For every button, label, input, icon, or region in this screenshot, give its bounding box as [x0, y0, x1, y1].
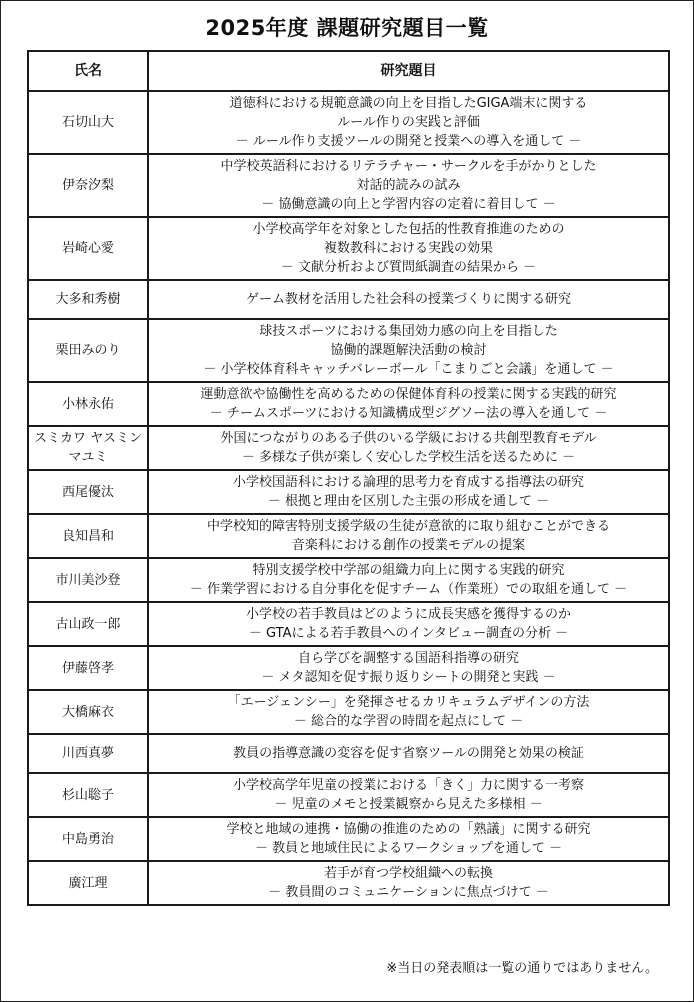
topic-subtitle: － 多様な子供が楽しく安心した学校生活を送るために － — [153, 448, 664, 467]
name-text: 栗田みのり — [55, 343, 120, 358]
name-cell: 西尾優汰 — [28, 470, 148, 514]
topic-line: 道徳科における規範意識の向上を目指したGIGA端末に関する — [153, 94, 664, 113]
topic-cell: 若手が育つ学校組織への転換 － 教員間のコミュニケーションに焦点づけて － — [148, 861, 669, 905]
table-row: 中島勇治 学校と地域の連携・協働の推進のための「熟議」に関する研究 － 教員と地… — [28, 817, 669, 861]
table-row: 伊藤啓孝 自ら学びを調整する国語科指導の研究 － メタ認知を促す振り返りシートの… — [28, 646, 669, 690]
topic-subtitle: － 協働意識の向上と学習内容の定着に着目して － — [153, 195, 664, 214]
table-row: スミカワ ヤスミンマユミ 外国につながりのある子供のいる学級における共創型教育モ… — [28, 426, 669, 470]
topic-line: 外国につながりのある子供のいる学級における共創型教育モデル — [153, 429, 664, 448]
topic-cell: ゲーム教材を活用した社会科の授業づくりに関する研究 — [148, 280, 669, 319]
table-row: 栗田みのり 球技スポーツにおける集団効力感の向上を目指した 協働的課題解決活動の… — [28, 319, 669, 382]
name-cell: 川西真夢 — [28, 734, 148, 773]
topic-cell: 球技スポーツにおける集団効力感の向上を目指した 協働的課題解決活動の検討 － 小… — [148, 319, 669, 382]
table-row: 市川美沙登 特別支援学校中学部の組織力向上に関する実践的研究 － 作業学習におけ… — [28, 558, 669, 602]
name-cell: 大橋麻衣 — [28, 690, 148, 734]
topic-subtitle: － 教員間のコミュニケーションに焦点づけて － — [153, 883, 664, 902]
name-text: 伊奈汐梨 — [62, 178, 114, 193]
table-row: 杉山聡子 小学校高学年児童の授業における「きく」力に関する一考察 － 児童のメモ… — [28, 773, 669, 817]
name-text: 岩崎心愛 — [62, 241, 114, 256]
table-row: 伊奈汐梨 中学校英語科におけるリテラチャー・サークルを手がかりとした 対話的読み… — [28, 154, 669, 217]
topic-cell: 「エージェンシー」を発揮させるカリキュラムデザインの方法 － 総合的な学習の時間… — [148, 690, 669, 734]
topic-line: 球技スポーツにおける集団効力感の向上を目指した — [153, 322, 664, 341]
name-text: 古山政一郎 — [55, 617, 120, 632]
table-row: 川西真夢 教員の指導意識の変容を促す省察ツールの開発と効果の検証 — [28, 734, 669, 773]
topic-cell: 小学校国語科における論理的思考力を育成する指導法の研究 － 根拠と理由を区別した… — [148, 470, 669, 514]
name-text: スミカワ — [34, 431, 86, 446]
topic-line: 小学校高学年児童の授業における「きく」力に関する一考察 — [153, 776, 664, 795]
topic-line: 小学校の若手教員はどのように成長実感を獲得するのか — [153, 605, 664, 624]
table-body: 石切山大 道徳科における規範意識の向上を目指したGIGA端末に関する ルール作り… — [28, 91, 669, 905]
topic-subtitle: － 教員と地域住民によるワークショップを通して － — [153, 839, 664, 858]
topic-subtitle: － チームスポーツにおける知識構成型ジグソー法の導入を通して － — [153, 404, 664, 423]
footnote: ※当日の発表順は一覧の通りではありません。 — [386, 957, 658, 976]
topic-line: 小学校高学年を対象とした包括的性教育推進のための — [153, 220, 664, 239]
table-row: 大多和秀樹 ゲーム教材を活用した社会科の授業づくりに関する研究 — [28, 280, 669, 319]
topic-cell: 特別支援学校中学部の組織力向上に関する実践的研究 － 作業学習における自分事化を… — [148, 558, 669, 602]
name-text: 良知昌和 — [62, 529, 114, 544]
table-row: 大橋麻衣 「エージェンシー」を発揮させるカリキュラムデザインの方法 － 総合的な… — [28, 690, 669, 734]
topic-line: 自ら学びを調整する国語科指導の研究 — [153, 649, 664, 668]
name-cell: 廣江理 — [28, 861, 148, 905]
topic-cell: 外国につながりのある子供のいる学級における共創型教育モデル － 多様な子供が楽し… — [148, 426, 669, 470]
topic-line: 中学校英語科におけるリテラチャー・サークルを手がかりとした — [153, 157, 664, 176]
header-topic: 研究題目 — [148, 51, 669, 91]
topic-cell: 運動意欲や協働性を高めるための保健体育科の授業に関する実践的研究 － チームスポ… — [148, 382, 669, 426]
topic-line: 小学校国語科における論理的思考力を育成する指導法の研究 — [153, 473, 664, 492]
topic-subtitle: － 作業学習における自分事化を促すチーム（作業班）での取組を通して － — [153, 580, 664, 599]
topic-line: 複数教科における実践の効果 — [153, 239, 664, 258]
table-row: 古山政一郎 小学校の若手教員はどのように成長実感を獲得するのか － GTAによる… — [28, 602, 669, 646]
name-text: 中島勇治 — [62, 832, 114, 847]
name-text: 石切山大 — [62, 115, 114, 130]
name-text: 小林永佑 — [62, 397, 114, 412]
table-header-row: 氏名 研究題目 — [28, 51, 669, 91]
table-row: 西尾優汰 小学校国語科における論理的思考力を育成する指導法の研究 － 根拠と理由… — [28, 470, 669, 514]
name-cell: スミカワ ヤスミンマユミ — [28, 426, 148, 470]
topic-subtitle: － 文献分析および質問紙調査の結果から － — [153, 258, 664, 277]
research-topics-table: 氏名 研究題目 石切山大 道徳科における規範意識の向上を目指したGIGA端末に関… — [27, 50, 670, 906]
table-row: 廣江理 若手が育つ学校組織への転換 － 教員間のコミュニケーションに焦点づけて … — [28, 861, 669, 905]
topic-subtitle: － ルール作り支援ツールの開発と授業への導入を通して － — [153, 132, 664, 151]
topic-cell: 小学校の若手教員はどのように成長実感を獲得するのか － GTAによる若手教員への… — [148, 602, 669, 646]
table-row: 良知昌和 中学校知的障害特別支援学級の生徒が意欲的に取り組むことができる 音楽科… — [28, 514, 669, 558]
topic-cell: 教員の指導意識の変容を促す省察ツールの開発と効果の検証 — [148, 734, 669, 773]
topic-line: 「エージェンシー」を発揮させるカリキュラムデザインの方法 — [153, 693, 664, 712]
topic-line: 運動意欲や協働性を高めるための保健体育科の授業に関する実践的研究 — [153, 385, 664, 404]
header-name: 氏名 — [28, 51, 148, 91]
topic-line: 音楽科における創作の授業モデルの提案 — [153, 536, 664, 555]
topic-cell: 学校と地域の連携・協働の推進のための「熟議」に関する研究 － 教員と地域住民によ… — [148, 817, 669, 861]
topic-subtitle: － GTAによる若手教員へのインタビュー調査の分析 － — [153, 624, 664, 643]
name-cell: 中島勇治 — [28, 817, 148, 861]
topic-line: ゲーム教材を活用した社会科の授業づくりに関する研究 — [153, 290, 664, 309]
topic-line: 学校と地域の連携・協働の推進のための「熟議」に関する研究 — [153, 820, 664, 839]
topic-subtitle: － 総合的な学習の時間を起点にして － — [153, 712, 664, 731]
name-cell: 大多和秀樹 — [28, 280, 148, 319]
name-cell: 杉山聡子 — [28, 773, 148, 817]
name-text: 伊藤啓孝 — [62, 661, 114, 676]
topic-subtitle: － 小学校体育科キャッチバレーボール「こまりごと会議」を通して － — [153, 360, 664, 379]
name-cell: 古山政一郎 — [28, 602, 148, 646]
name-cell: 岩崎心愛 — [28, 217, 148, 280]
topic-line: 教員の指導意識の変容を促す省察ツールの開発と効果の検証 — [153, 744, 664, 763]
name-cell: 伊奈汐梨 — [28, 154, 148, 217]
name-text: 西尾優汰 — [62, 485, 114, 500]
table-row: 石切山大 道徳科における規範意識の向上を目指したGIGA端末に関する ルール作り… — [28, 91, 669, 154]
name-cell: 小林永佑 — [28, 382, 148, 426]
topic-subtitle: － 児童のメモと授業観察から見えた多様相 － — [153, 795, 664, 814]
name-text: 杉山聡子 — [62, 788, 114, 803]
topic-cell: 自ら学びを調整する国語科指導の研究 － メタ認知を促す振り返りシートの開発と実践… — [148, 646, 669, 690]
topic-cell: 中学校英語科におけるリテラチャー・サークルを手がかりとした 対話的読みの試み －… — [148, 154, 669, 217]
name-cell: 石切山大 — [28, 91, 148, 154]
name-cell: 栗田みのり — [28, 319, 148, 382]
topic-line: 若手が育つ学校組織への転換 — [153, 864, 664, 883]
topic-cell: 道徳科における規範意識の向上を目指したGIGA端末に関する ルール作りの実践と評… — [148, 91, 669, 154]
name-text: 川西真夢 — [62, 746, 114, 761]
topic-line: 中学校知的障害特別支援学級の生徒が意欲的に取り組むことができる — [153, 517, 664, 536]
name-cell: 良知昌和 — [28, 514, 148, 558]
topic-line: 特別支援学校中学部の組織力向上に関する実践的研究 — [153, 561, 664, 580]
topic-cell: 小学校高学年を対象とした包括的性教育推進のための 複数教科における実践の効果 －… — [148, 217, 669, 280]
name-text: 大橋麻衣 — [62, 705, 114, 720]
name-text: 市川美沙登 — [55, 573, 120, 588]
name-cell: 市川美沙登 — [28, 558, 148, 602]
topic-subtitle: － 根拠と理由を区別した主張の形成を通して － — [153, 492, 664, 511]
name-text: 大多和秀樹 — [55, 292, 120, 307]
topic-line: ルール作りの実践と評価 — [153, 113, 664, 132]
table-row: 岩崎心愛 小学校高学年を対象とした包括的性教育推進のための 複数教科における実践… — [28, 217, 669, 280]
topic-line: 協働的課題解決活動の検討 — [153, 341, 664, 360]
name-cell: 伊藤啓孝 — [28, 646, 148, 690]
table-row: 小林永佑 運動意欲や協働性を高めるための保健体育科の授業に関する実践的研究 － … — [28, 382, 669, 426]
topic-subtitle: － メタ認知を促す振り返りシートの開発と実践 － — [153, 668, 664, 687]
document-title: 2025年度 課題研究題目一覧 — [0, 12, 694, 42]
topic-line: 対話的読みの試み — [153, 176, 664, 195]
name-text: 廣江理 — [68, 876, 107, 891]
topic-cell: 小学校高学年児童の授業における「きく」力に関する一考察 － 児童のメモと授業観察… — [148, 773, 669, 817]
topic-cell: 中学校知的障害特別支援学級の生徒が意欲的に取り組むことができる 音楽科における創… — [148, 514, 669, 558]
